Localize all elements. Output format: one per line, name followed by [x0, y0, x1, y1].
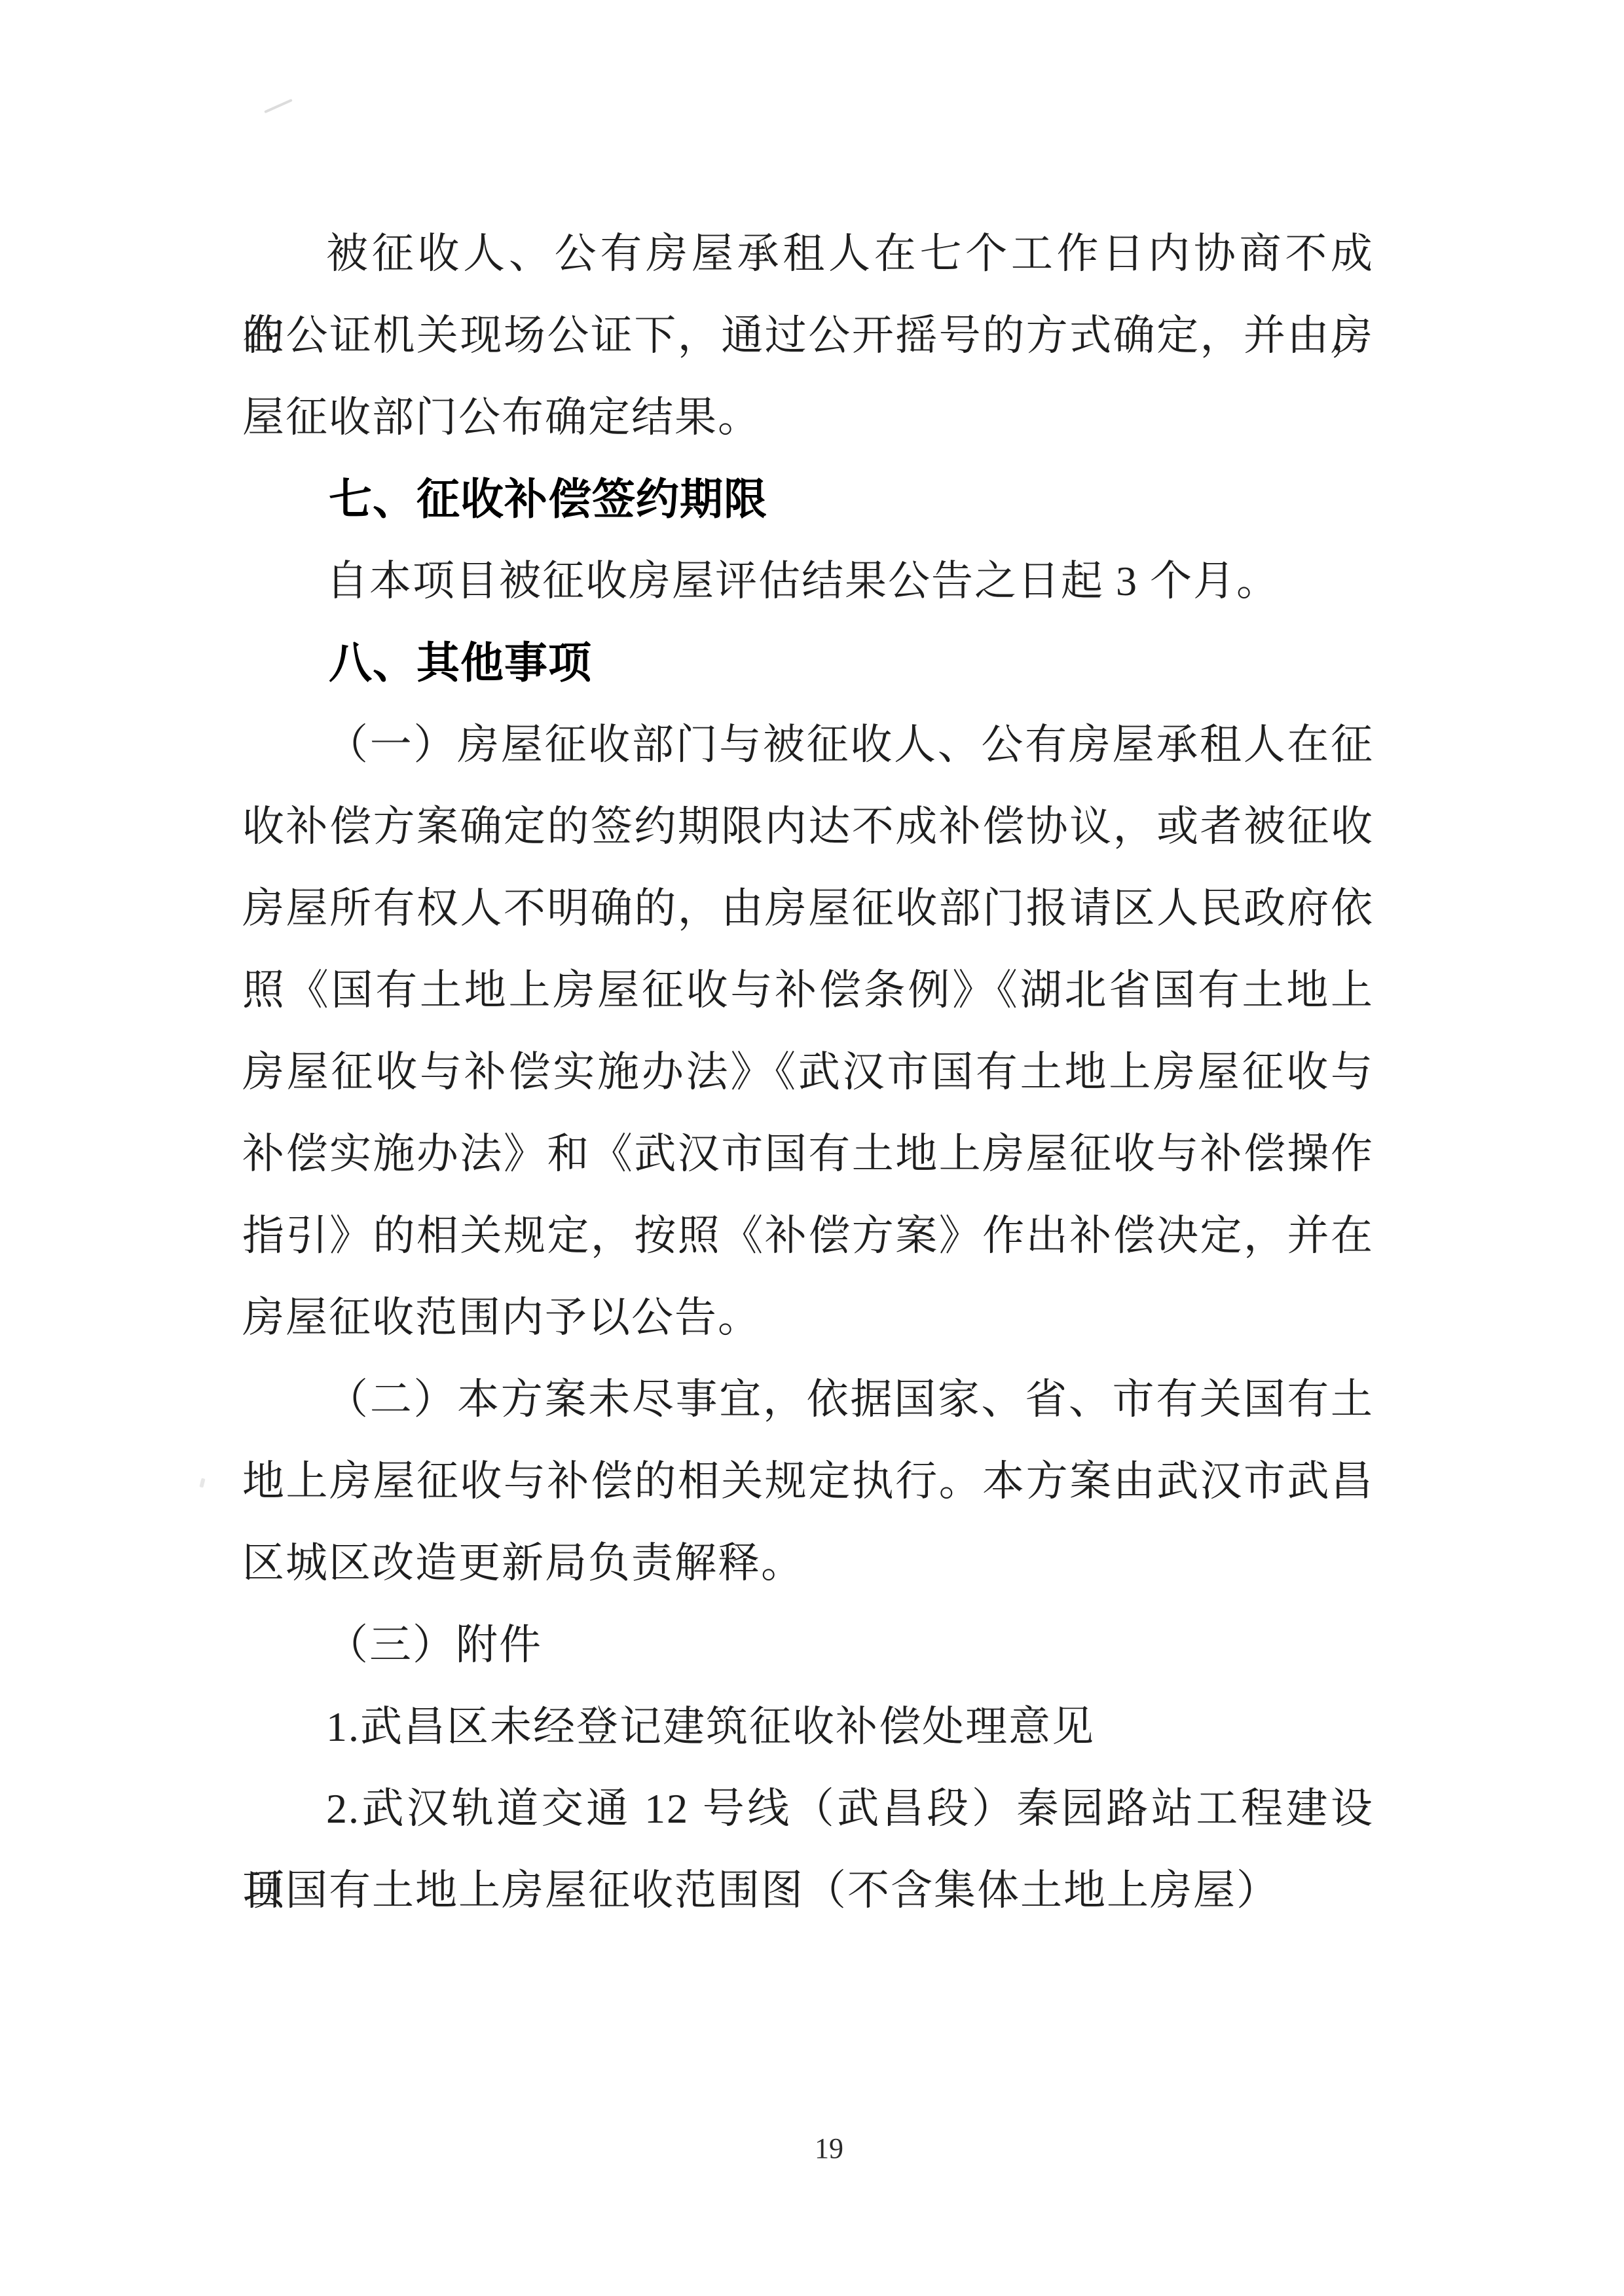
- text-line: 房屋所有权人不明确的，由房屋征收部门报请区人民政府依: [242, 867, 1374, 949]
- text-line: （一）房屋征收部门与被征收人、公有房屋承租人在征: [242, 704, 1374, 786]
- text-line: 目国有土地上房屋征收范围图（不含集体土地上房屋）: [242, 1850, 1374, 1931]
- document-page: 被征收人、公有房屋承租人在七个工作日内协商不成的，在公证机关现场公证下，通过公开…: [0, 0, 1624, 2296]
- text-line: 房屋征收与补偿实施办法》《武汉市国有土地上房屋征收与: [242, 1031, 1374, 1113]
- scan-speck: [264, 99, 293, 113]
- text-line: （二）本方案未尽事宜，依据国家、省、市有关国有土: [242, 1358, 1374, 1440]
- text-line: 地上房屋征收与补偿的相关规定执行。本方案由武汉市武昌: [242, 1440, 1374, 1522]
- text-line: 2.武汉轨道交通 12 号线（武昌段）秦园路站工程建设项: [242, 1768, 1374, 1850]
- text-line: 照《国有土地上房屋征收与补偿条例》《湖北省国有土地上: [242, 949, 1374, 1031]
- section-heading: 七、征收补偿签约期限: [242, 458, 1374, 540]
- text-line: 指引》的相关规定，按照《补偿方案》作出补偿决定，并在: [242, 1195, 1374, 1277]
- text-line: 房屋征收范围内予以公告。: [242, 1277, 1374, 1358]
- text-line: 收补偿方案确定的签约期限内达不成补偿协议，或者被征收: [242, 786, 1374, 867]
- text-line: 自本项目被征收房屋评估结果公告之日起 3 个月。: [242, 540, 1374, 622]
- page-number: 19: [17, 2129, 1624, 2168]
- text-line: 1.武昌区未经登记建筑征收补偿处理意见: [242, 1686, 1374, 1768]
- section-heading: 八、其他事项: [242, 622, 1374, 704]
- text-line: 补偿实施办法》和《武汉市国有土地上房屋征收与补偿操作: [242, 1113, 1374, 1195]
- text-line: 在公证机关现场公证下，通过公开摇号的方式确定，并由房: [242, 295, 1374, 376]
- text-line: 区城区改造更新局负责解释。: [242, 1522, 1374, 1604]
- document-body: 被征收人、公有房屋承租人在七个工作日内协商不成的，在公证机关现场公证下，通过公开…: [242, 213, 1374, 1931]
- text-line: （三）附件: [242, 1604, 1374, 1686]
- text-line: 屋征收部门公布确定结果。: [242, 376, 1374, 458]
- text-line: 被征收人、公有房屋承租人在七个工作日内协商不成的，: [242, 213, 1374, 295]
- scan-speck: [199, 1478, 205, 1487]
